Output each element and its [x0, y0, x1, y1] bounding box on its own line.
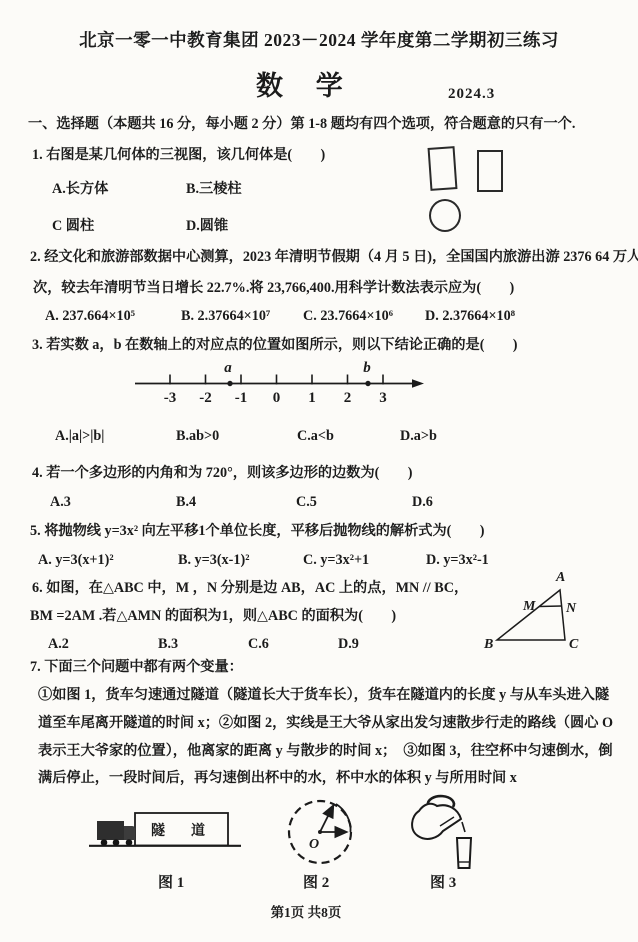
- page-footer: 第1页 共8页: [0, 905, 612, 921]
- q5-option-a: A. y=3(x+1)²: [38, 552, 114, 569]
- vertex-b-label: B: [483, 637, 493, 652]
- question-4-text: 4. 若一个多边形的内角和为 720°，则该多边形的边数为( ): [32, 465, 412, 482]
- q2-option-d: D. 2.37664×10⁸: [425, 308, 515, 325]
- question-2-text-line2: 次，较去年清明节当日增长 22.7%.将 23,766,400.用科学计数法表示…: [33, 280, 514, 297]
- tick-label: -1: [235, 390, 248, 406]
- question-3-text: 3. 若实数 a，b 在数轴上的对应点的位置如图所示，则以下结论正确的是( ): [32, 337, 518, 354]
- section-header: 一、选择题（本题共 16 分，每小题 2 分）第 1-8 题均有四个选项，符合题…: [28, 116, 575, 133]
- question-7-line3: 表示王大爷家的位置），他离家的距离 y 与散步的时间 x； ③如图 3，往空杯中…: [38, 743, 613, 760]
- q1-side-view-rectangle: [477, 150, 503, 192]
- q6-triangle-figure: A B C M N: [477, 567, 595, 657]
- q3-option-a: A.|a|>|b|: [55, 428, 104, 445]
- triangle-abc: [497, 590, 565, 640]
- point-b-label: b: [363, 360, 371, 376]
- truck-wheel: [126, 839, 133, 846]
- q4-option-b: B.4: [176, 494, 196, 511]
- q3-option-b: B.ab>0: [176, 428, 219, 445]
- tick-label: 0: [273, 390, 281, 406]
- q6-option-b: B.3: [158, 636, 178, 653]
- q1-option-d: D.圆锥: [186, 218, 228, 235]
- exam-date: 2024.3: [448, 85, 495, 103]
- q3-option-d: D.a>b: [400, 428, 437, 445]
- question-2-text-line1: 2. 经文化和旅游部数据中心测算，2023 年清明节假期（4 月 5 日)，全国…: [30, 249, 638, 266]
- q6-option-c: C.6: [248, 636, 269, 653]
- q1-option-a: A.长方体: [52, 181, 108, 198]
- figure3-label: 图 3: [430, 874, 456, 892]
- center-o-label: O: [309, 837, 319, 852]
- q2-option-c: C. 23.7664×10⁶: [303, 308, 393, 325]
- segment-mn: [539, 606, 562, 607]
- q4-option-d: D.6: [412, 494, 433, 511]
- exam-page: { "header": { "title": "北京一零一中教育集团 2023－…: [0, 0, 638, 942]
- tick-label: 1: [308, 390, 316, 406]
- q6-option-d: D.9: [338, 636, 359, 653]
- figure2-label: 图 2: [303, 874, 329, 892]
- q5-option-b: B. y=3(x-1)²: [178, 552, 249, 569]
- walk-arc: [336, 804, 351, 832]
- q1-option-c: C 圆柱: [52, 218, 94, 235]
- radius-arrow-up: [320, 806, 333, 832]
- q2-option-a: A. 237.664×10⁵: [45, 308, 135, 325]
- vertex-c-label: C: [569, 637, 579, 652]
- truck-wheel: [113, 839, 120, 846]
- subject-title: 数 学: [256, 70, 356, 102]
- question-7-line2: 道至车尾离开隧道的时间 x；②如图 2，实线是王大爷从家出发匀速散步行走的路线（…: [38, 715, 613, 732]
- point-a-label: a: [224, 360, 232, 376]
- point-b-dot: [365, 381, 370, 386]
- question-1-text: 1. 右图是某几何体的三视图，该几何体是( ): [32, 147, 325, 164]
- q2-option-b: B. 2.37664×10⁷: [181, 308, 270, 325]
- q1-front-view-rectangle: [428, 146, 458, 191]
- jug-body: [412, 804, 461, 839]
- question-6-text-line2: BM =2AM .若△AMN 的面积为1，则△ABC 的面积为( ): [30, 608, 396, 625]
- q3-number-line-figure: -3 -2 -1 0 1 2 3 a b: [133, 361, 429, 409]
- figure1-label: 图 1: [158, 874, 184, 892]
- q7-figure3-pouring: [404, 790, 482, 882]
- tick-label: -2: [199, 390, 212, 406]
- question-7-line1: ①如图 1，货车匀速通过隧道（隧道长大于货车长），货车在隧道内的长度 y 与从车…: [38, 687, 609, 704]
- q5-option-c: C. y=3x²+1: [303, 552, 369, 569]
- question-6-text-line1: 6. 如图，在△ABC 中，M ，N 分别是边 AB，AC 上的点，MN // …: [32, 580, 468, 597]
- tunnel-label: 隧 道: [151, 822, 211, 839]
- tick-label: 3: [379, 390, 387, 406]
- truck-wheel: [101, 839, 108, 846]
- q1-option-b: B.三棱柱: [186, 181, 242, 198]
- pour-stream: [462, 822, 465, 832]
- q4-option-c: C.5: [296, 494, 317, 511]
- point-a-dot: [227, 381, 232, 386]
- q7-figure2-circle-path: O: [283, 794, 363, 876]
- cup: [457, 838, 471, 868]
- point-m-label: M: [522, 599, 536, 614]
- page-title: 北京一零一中教育集团 2023－2024 学年度第二学期初三练习: [0, 30, 638, 51]
- q3-option-c: C.a<b: [297, 428, 334, 445]
- truck-body: [97, 821, 124, 840]
- question-7-line4: 满后停止，一段时间后，再匀速倒出杯中的水，杯中水的体积 y 与所用时间 x: [38, 770, 517, 787]
- point-n-label: N: [565, 601, 577, 616]
- q7-figure1-tunnel: 隧 道: [85, 802, 245, 866]
- center-dot: [318, 830, 322, 834]
- number-line-arrowhead: [412, 379, 424, 387]
- tick-label: -3: [164, 390, 177, 406]
- question-5-text: 5. 将抛物线 y=3x² 向左平移1个单位长度，平移后抛物线的解析式为( ): [30, 523, 485, 540]
- q6-option-a: A.2: [48, 636, 69, 653]
- vertex-a-label: A: [555, 570, 565, 585]
- truck-cab: [124, 826, 135, 840]
- tick-label: 2: [344, 390, 352, 406]
- q4-option-a: A.3: [50, 494, 71, 511]
- question-7-intro: 7. 下面三个问题中都有两个变量：: [30, 659, 243, 676]
- q1-top-view-circle: [429, 199, 461, 232]
